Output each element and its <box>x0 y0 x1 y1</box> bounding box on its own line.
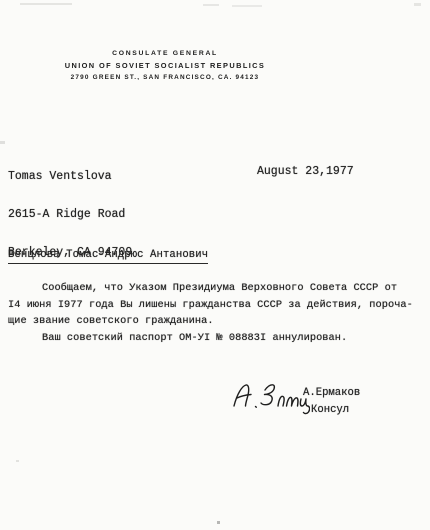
scan-noise <box>232 5 262 7</box>
handwritten-signature-icon <box>230 378 310 418</box>
letterhead: CONSULATE GENERAL UNION OF SOVIET SOCIAL… <box>30 48 300 83</box>
scan-noise <box>0 141 5 144</box>
body-line: Ваш советский паспорт ОМ-УI № 08883I анн… <box>8 330 424 347</box>
recipient-street: 2615-A Ridge Road <box>8 209 132 222</box>
scan-noise <box>217 521 220 524</box>
scan-noise <box>16 460 19 462</box>
signer-title: Консул <box>311 404 349 416</box>
addressee-name-line: Венцлова Томас-Андрюс Антанович <box>8 249 208 264</box>
recipient-name: Tomas Ventslova <box>8 171 132 184</box>
signer-typed-name: А.Ермаков <box>303 387 360 399</box>
letterhead-country: UNION OF SOVIET SOCIALIST REPUBLICS <box>30 60 300 72</box>
scan-noise <box>203 4 219 6</box>
body-line: Сообщаем, что Указом Президиума Верховно… <box>8 280 424 297</box>
date-line: August 23,1977 <box>257 165 354 178</box>
body-line: I4 июня I977 года Вы лишены гражданства … <box>8 297 424 314</box>
letterhead-address: 2790 GREEN ST., SAN FRANCISCO, CA. 94123 <box>30 72 300 83</box>
body-line: щие звание советского гражданина. <box>8 313 424 330</box>
scan-noise <box>20 3 72 5</box>
scan-noise <box>414 3 421 6</box>
letter-body: Сообщаем, что Указом Президиума Верховно… <box>8 280 424 346</box>
signature-block: А.Ермаков Консул <box>230 378 410 430</box>
letterhead-office: CONSULATE GENERAL <box>30 48 300 60</box>
scanned-letter-page: CONSULATE GENERAL UNION OF SOVIET SOCIAL… <box>0 0 430 530</box>
